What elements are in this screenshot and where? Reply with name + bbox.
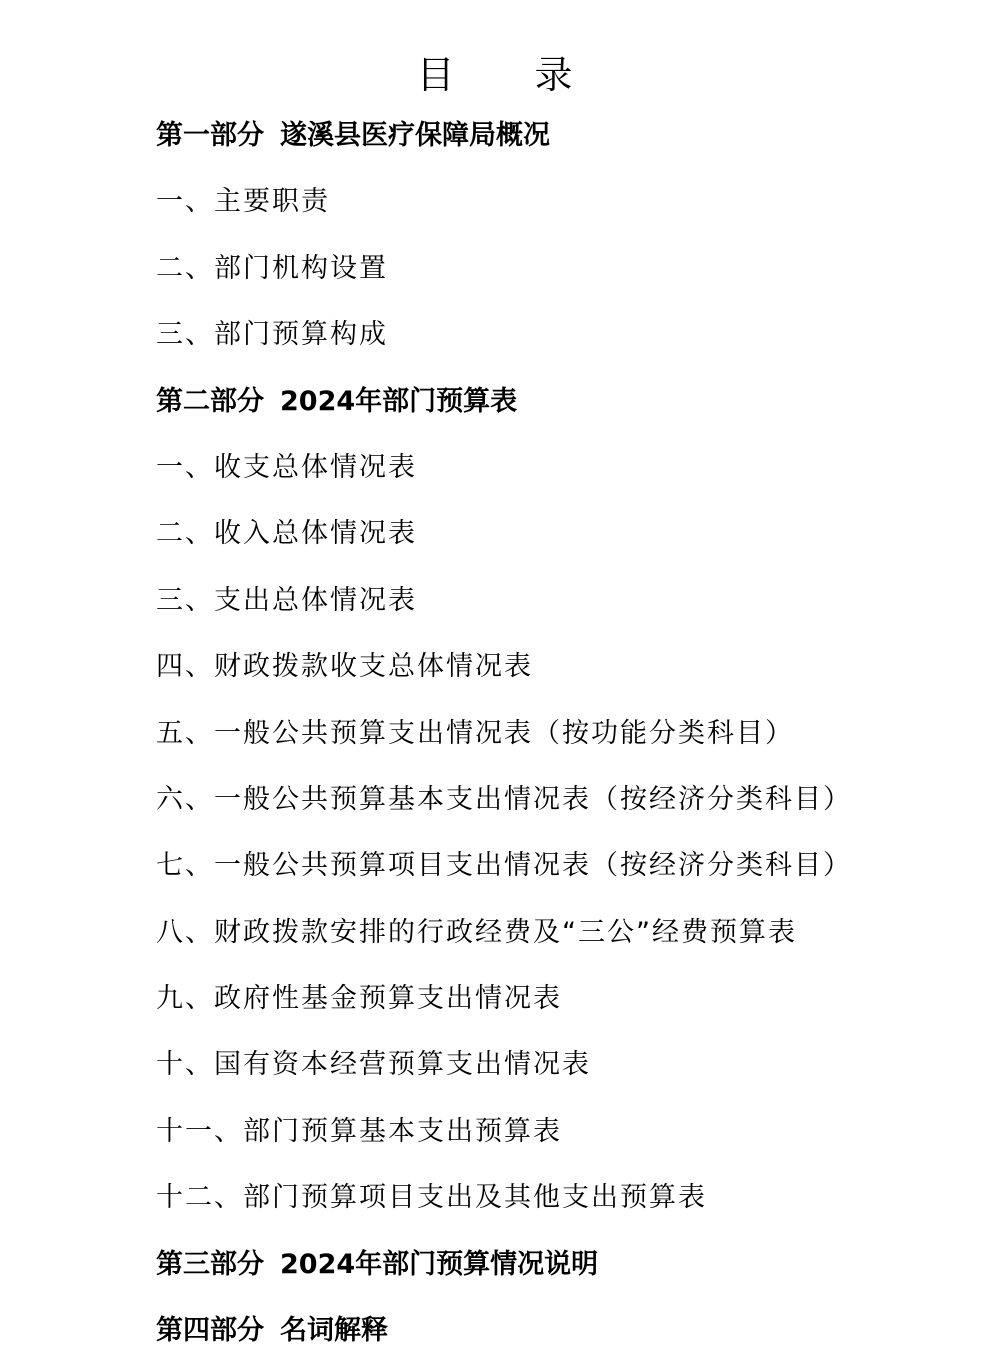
toc-part-1[interactable]: 第一部分遂溪县医疗保障局概况 (156, 110, 852, 176)
toc-item[interactable]: 三、支出总体情况表 (156, 575, 852, 641)
part-number: 第四部分 (156, 1315, 264, 1346)
toc-item[interactable]: 六、一般公共预算基本支出情况表（按经济分类科目） (156, 774, 852, 840)
toc-item[interactable]: 一、主要职责 (156, 176, 852, 242)
toc-item[interactable]: 九、政府性基金预算支出情况表 (156, 973, 852, 1039)
toc-item[interactable]: 四、财政拨款收支总体情况表 (156, 641, 852, 707)
toc-part-3[interactable]: 第三部分2024年部门预算情况说明 (156, 1239, 852, 1305)
page-title: 目 录 (0, 49, 989, 101)
part-title: 2024年部门预算情况说明 (280, 1249, 598, 1280)
part-title: 遂溪县医疗保障局概况 (280, 120, 550, 151)
part-number: 第一部分 (156, 120, 264, 151)
toc-item[interactable]: 十二、部门预算项目支出及其他支出预算表 (156, 1172, 852, 1238)
toc-part-4[interactable]: 第四部分名词解释 (156, 1305, 852, 1371)
toc-item[interactable]: 八、财政拨款安排的行政经费及“三公”经费预算表 (156, 907, 852, 973)
table-of-contents: 第一部分遂溪县医疗保障局概况 一、主要职责 二、部门机构设置 三、部门预算构成 … (156, 110, 852, 1371)
toc-item[interactable]: 三、部门预算构成 (156, 309, 852, 375)
toc-item[interactable]: 五、一般公共预算支出情况表（按功能分类科目） (156, 708, 852, 774)
toc-item[interactable]: 十一、部门预算基本支出预算表 (156, 1106, 852, 1172)
part-number: 第二部分 (156, 386, 264, 417)
part-title: 2024年部门预算表 (280, 386, 517, 417)
toc-item[interactable]: 二、收入总体情况表 (156, 508, 852, 574)
toc-item[interactable]: 七、一般公共预算项目支出情况表（按经济分类科目） (156, 840, 852, 906)
toc-item[interactable]: 二、部门机构设置 (156, 243, 852, 309)
part-number: 第三部分 (156, 1249, 264, 1280)
toc-item[interactable]: 一、收支总体情况表 (156, 442, 852, 508)
part-title: 名词解释 (280, 1315, 388, 1346)
toc-item[interactable]: 十、国有资本经营预算支出情况表 (156, 1039, 852, 1105)
toc-part-2[interactable]: 第二部分2024年部门预算表 (156, 376, 852, 442)
